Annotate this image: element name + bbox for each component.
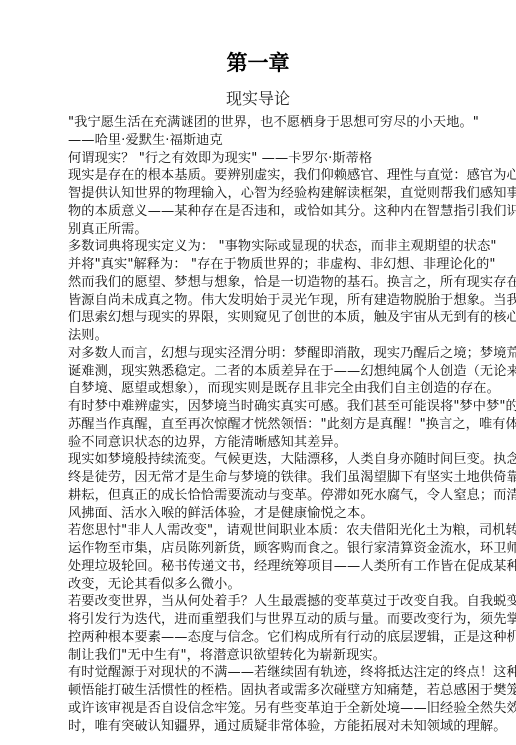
text-line: ——哈里·爱默生·福斯迪克 bbox=[68, 132, 478, 150]
text-line: 运作物至市集，店员陈列新货，顾客购而食之。银行家清算资金流水，环卫师 bbox=[68, 540, 478, 558]
text-line: 改变，无论其看似多么微小。 bbox=[68, 576, 478, 594]
chapter-subtitle: 现实导论 bbox=[0, 88, 516, 110]
text-line: 然而我们的愿望、梦想与想象，恰是一切造物的基石。换言之，所有现实存在 bbox=[68, 274, 478, 292]
text-line: 苏醒当作真醒，直至再次惊醒才恍然领悟："此刻方是真醒！"换言之，唯有体 bbox=[68, 416, 478, 434]
text-line: "我宁愿生活在充满谜团的世界，也不愿栖身于思想可穷尽的小天地。" bbox=[68, 114, 478, 132]
text-line: 物的本质意义——某种存在是否违和，或恰如其分。这种内在智慧指引我们识 bbox=[68, 203, 478, 221]
text-line: 们思索幻想与现实的界限，实则窥见了创世的本质，触及宇宙从无到有的核心 bbox=[68, 309, 478, 327]
text-line: 智提供认知世界的物理输入，心智为经验构建解读框架，直觉则帮我们感知事 bbox=[68, 185, 478, 203]
chapter-title: 第一章 bbox=[0, 50, 516, 76]
text-line: 若您思忖"非人人需改变"，请观世间职业本质：农夫借阳光化土为粮，司机转 bbox=[68, 522, 478, 540]
text-line: 自梦境、愿望或想象），而现实则是既存且非完全由我们自主创造的存在。 bbox=[68, 380, 478, 398]
body-text: "我宁愿生活在充满谜团的世界，也不愿栖身于思想可穷尽的小天地。" ——哈里·爱默… bbox=[68, 114, 478, 735]
text-line: 并将"真实"解释为： "存在于物质世界的；非虚构、非幻想、非理论化的" bbox=[68, 256, 478, 274]
text-line: 多数词典将现实定义为： "事物实际或显现的状态，而非主观期望的状态" bbox=[68, 238, 478, 256]
text-line: 有时梦中难辨虚实，因梦境当时确实真实可感。我们甚至可能误将"梦中梦"的 bbox=[68, 398, 478, 416]
text-line: 控两种根本要素——态度与信念。它们构成所有行动的底层逻辑，正是这种机 bbox=[68, 629, 478, 647]
text-line: 现实是存在的根本基质。要辨别虚实，我们仰赖感官、理性与直觉：感官为心 bbox=[68, 167, 478, 185]
text-line: 皆源自尚未成真之物。伟大发明始于灵光乍现，所有建造物脱胎于想象。当我 bbox=[68, 292, 478, 310]
text-line: 顿悟能打破生活惯性的桎梏。固执者或需多次碰壁方知痛楚，若总感困于樊笼， bbox=[68, 682, 478, 700]
text-line: 法则。 bbox=[68, 327, 478, 345]
text-line: 将引发行为迭代，进而重塑我们与世界互动的质与量。而要改变行为，须先掌 bbox=[68, 611, 478, 629]
text-line: 验不同意识状态的边界，方能清晰感知其差异。 bbox=[68, 434, 478, 452]
text-line: 处理垃圾轮回。秘书传递文书，经理统筹项目——人类所有工作皆在促成某种 bbox=[68, 558, 478, 576]
text-line: 或许该审视是否自设信念牢笼。另有些变革迫于全新处境——旧经验全然失效 bbox=[68, 700, 478, 718]
text-line: 对多数人而言，幻想与现实泾渭分明：梦醒即消散，现实乃醒后之境；梦境荒 bbox=[68, 345, 478, 363]
text-line: 若要改变世界，当从何处着手？人生最震撼的变革莫过于改变自我。自我蜕变 bbox=[68, 593, 478, 611]
text-line: 别真正所需。 bbox=[68, 221, 478, 239]
document-page: 第一章 现实导论 "我宁愿生活在充满谜团的世界，也不愿栖身于思想可穷尽的小天地。… bbox=[0, 0, 516, 745]
text-line: 耕耘，但真正的成长恰恰需要流动与变革。停滞如死水腐气，令人窒息；而清 bbox=[68, 487, 478, 505]
text-line: 诞难测，现实熟悉稳定。二者的本质差异在于——幻想纯属个人创造（无论来 bbox=[68, 363, 478, 381]
text-line: 何谓现实？ "行之有效即为现实" ——卡罗尔·斯蒂格 bbox=[68, 150, 478, 168]
text-line: 时，唯有突破认知疆界，通过质疑非常体验，方能拓展对未知领域的理解。 bbox=[68, 718, 478, 736]
text-line: 终是徒劳，因无常才是生命与梦境的铁律。我们虽渴望脚下有坚实土地供倚靠 bbox=[68, 469, 478, 487]
text-line: 风拂面、活水入喉的鲜活体验，才是健康愉悦之本。 bbox=[68, 505, 478, 523]
text-line: 制让我们"无中生有"，将潜意识欲望转化为崭新现实。 bbox=[68, 647, 478, 665]
text-line: 有时觉醒源于对现状的不满——若继续固有轨迹，终将抵达注定的终点！这种 bbox=[68, 664, 478, 682]
text-line: 现实如梦境般持续流变。气候更迭，大陆漂移，人类自身亦随时间巨变。执念 bbox=[68, 451, 478, 469]
